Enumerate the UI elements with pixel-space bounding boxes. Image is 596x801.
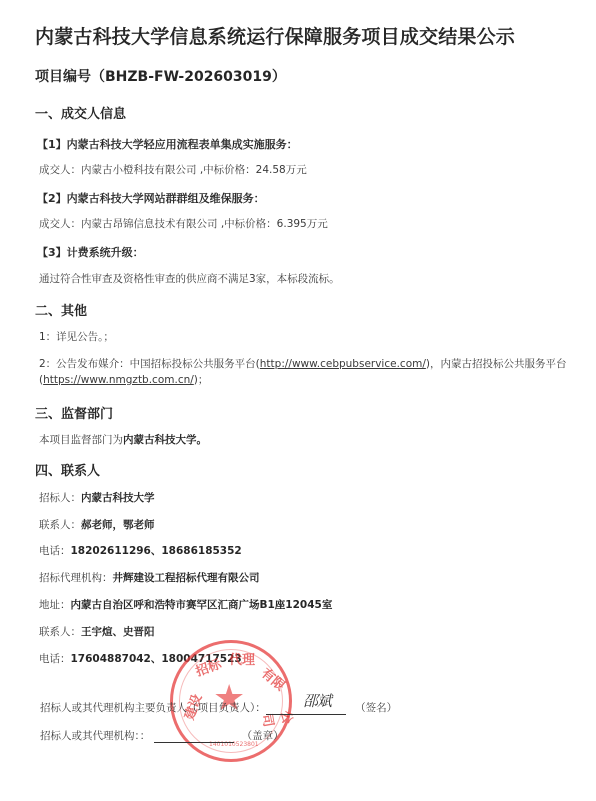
contact-row-tenderer: 招标人：内蒙古科技大学 (39, 490, 155, 505)
contact-row-agency: 招标代理机构：井辉建设工程招标代理有限公司 (39, 570, 260, 585)
lot-1-title: 【1】内蒙古科技大学轻应用流程表单集成实施服务： (37, 136, 298, 152)
contact-label: 联系人： (39, 626, 81, 638)
other-item-2-mid: )，内蒙古招投标公共服务平台 (426, 358, 567, 370)
seal-row: 招标人或其代理机构：： （盖章） (40, 728, 284, 743)
contact-row-tenderer-phone: 电话：18202611296、18686185352 (39, 543, 242, 558)
contact-label: 地址： (39, 599, 71, 611)
supervision-text: 本项目监督部门为内蒙古科技大学。 (39, 432, 207, 447)
contact-value: 内蒙古自治区呼和浩特市赛罕区汇商广场B1座12045室 (71, 599, 333, 611)
contact-value: 井辉建设工程招标代理有限公司 (113, 572, 260, 584)
section-heading-winner-info: 一、成交人信息 (35, 103, 126, 122)
sign-label: 招标人或其代理机构主要负责人（项目负责人）： (40, 702, 266, 714)
cebpubservice-link[interactable]: http://www.cebpubservice.com/ (260, 358, 426, 370)
supervision-dept: 内蒙古科技大学。 (123, 434, 207, 446)
contact-label: 电话： (39, 545, 71, 557)
signature-row: 招标人或其代理机构主要负责人（项目负责人）： （签名） (40, 700, 397, 715)
contact-label: 电话： (39, 653, 71, 665)
lot-3-result: 通过符合性审查及资格性审查的供应商不满足3家，本标段流标。 (39, 271, 340, 286)
sign-suffix: （签名） (355, 702, 397, 714)
supervision-prefix: 本项目监督部门为 (39, 434, 123, 446)
other-item-2-cont: (https://www.nmgztb.com.cn/)； (39, 372, 208, 387)
page-title: 内蒙古科技大学信息系统运行保障服务项目成交结果公示 (35, 22, 515, 49)
other-item-2-suffix: )； (194, 374, 209, 386)
other-item-1: 1：详见公告。； (39, 329, 114, 344)
nmgztb-link[interactable]: https://www.nmgztb.com.cn/ (43, 374, 194, 386)
other-item-2-prefix: 2：公告发布媒介：中国招标投标公共服务平台( (39, 358, 260, 370)
seal-text-2: 代理 (229, 649, 255, 668)
contact-value: 内蒙古科技大学 (81, 492, 155, 504)
contact-value: 郝老师，鄂老师 (81, 519, 155, 531)
handwritten-signature: 邵斌 (303, 690, 331, 711)
lot-1-result: 成交人：内蒙古小橙科技有限公司 ,中标价格：24.58万元 (39, 162, 307, 177)
lot-3-title: 【3】计费系统升级： (37, 244, 144, 260)
section-heading-contacts: 四、联系人 (35, 460, 100, 479)
seal-label: 招标人或其代理机构：： (40, 730, 150, 742)
contact-value: 18202611296、18686185352 (71, 545, 242, 557)
contact-label: 招标人： (39, 492, 81, 504)
contact-row-address: 地址：内蒙古自治区呼和浩特市赛罕区汇商广场B1座12045室 (39, 597, 332, 612)
lot-2-title: 【2】内蒙古科技大学网站群群组及维保服务： (37, 190, 265, 206)
contact-label: 联系人： (39, 519, 81, 531)
other-item-2: 2：公告发布媒介：中国招标投标公共服务平台(http://www.cebpubs… (39, 356, 567, 371)
lot-2-result: 成交人：内蒙古昂锦信息技术有限公司 ,中标价格：6.395万元 (39, 216, 328, 231)
contact-row-tenderer-contact: 联系人：郝老师，鄂老师 (39, 517, 155, 532)
section-heading-other: 二、其他 (35, 300, 87, 319)
contact-value: 王宇煊、史晋阳 (81, 626, 155, 638)
seal-line (154, 730, 234, 743)
contact-label: 招标代理机构： (39, 572, 113, 584)
section-heading-supervision: 三、监督部门 (35, 403, 113, 422)
seal-suffix: （盖章） (242, 730, 284, 742)
contact-row-agency-contact: 联系人：王宇煊、史晋阳 (39, 624, 155, 639)
project-number: 项目编号（BHZB-FW-202603019） (35, 66, 286, 86)
